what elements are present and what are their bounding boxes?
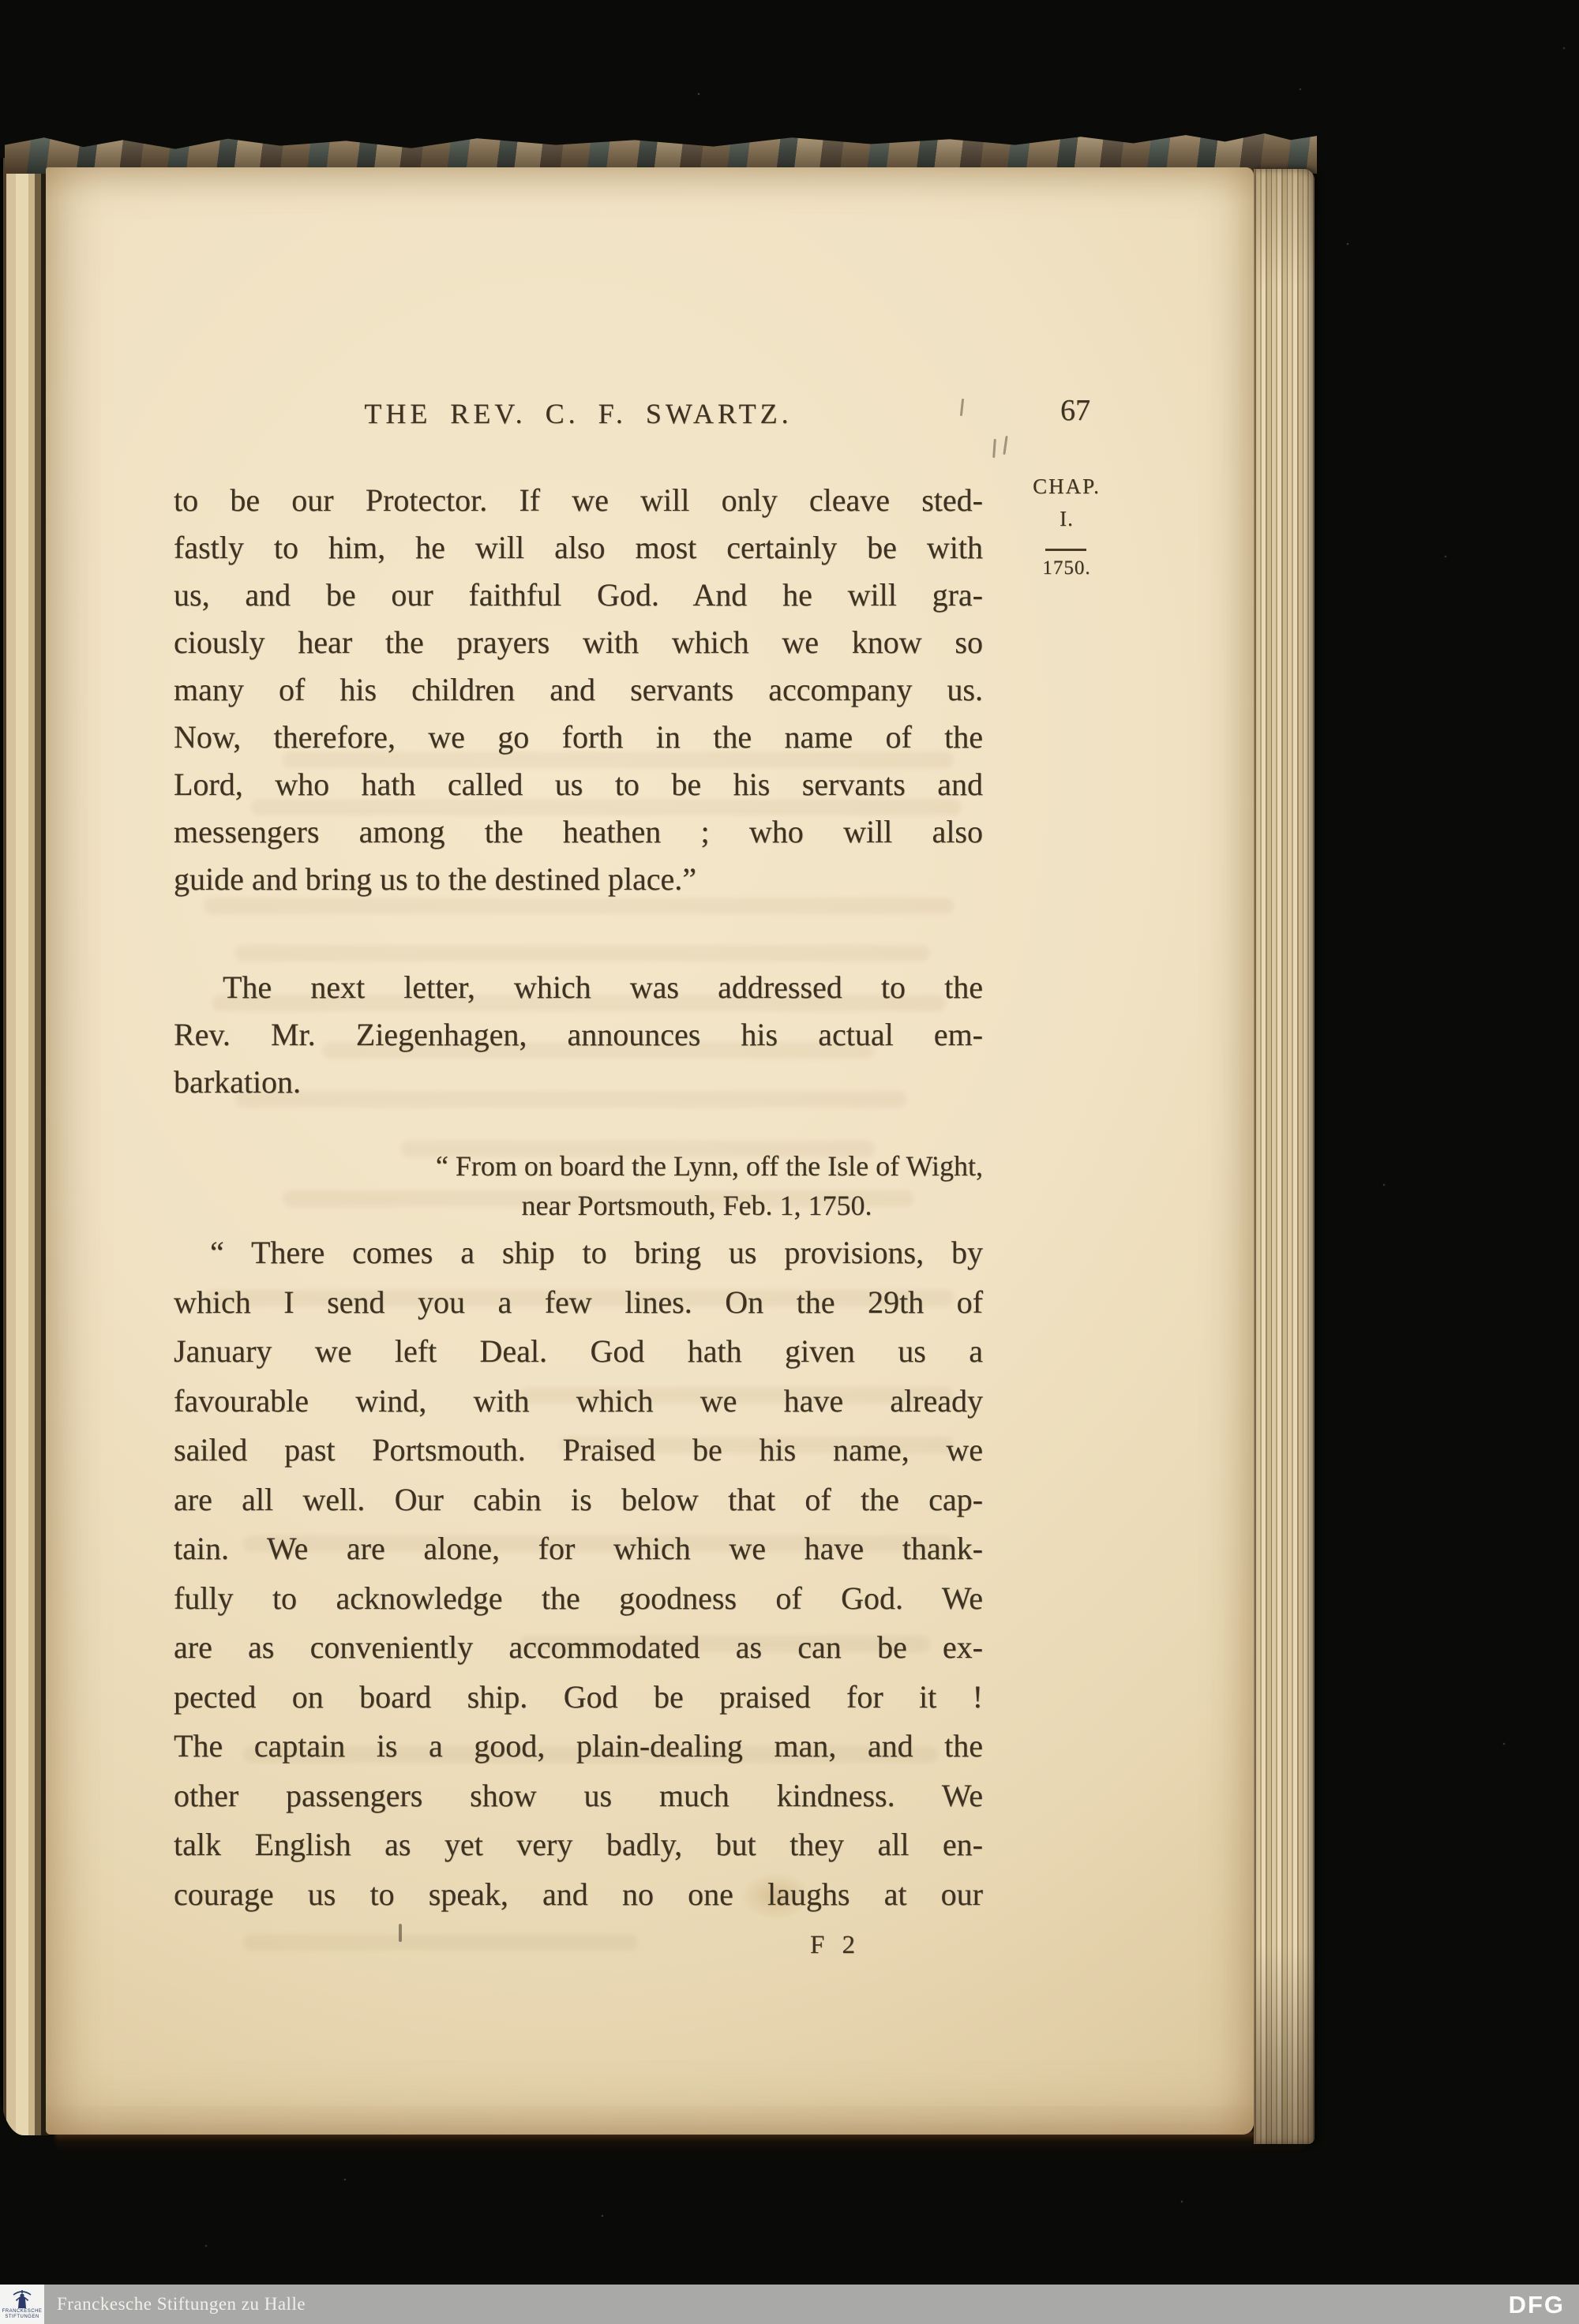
letter-dateline-line: near Portsmouth, Feb. 1, 1750. <box>292 1186 1101 1225</box>
logo-caption-line2: STIFTUNGEN <box>5 2315 39 2320</box>
margin-note-rule <box>1045 549 1086 551</box>
letter-dateline-line: “ From on board the Lynn, off the Isle o… <box>174 1146 983 1186</box>
paragraph-letter-body-line: pected on board ship. God be praised for… <box>174 1673 983 1722</box>
logo-caption-line1: FRANCKESCHE <box>2 2309 43 2315</box>
paragraph-protector-quote-line: ciously hear the prayers with which we k… <box>174 619 983 666</box>
paragraph-next-letter: The next letter, which was addressed to … <box>174 964 983 1106</box>
institution-label: Franckesche Stiftungen zu Halle <box>57 2285 306 2324</box>
paragraph-protector-quote-line: guide and bring us to the destined place… <box>174 856 983 903</box>
paragraph-protector-quote-line: to be our Protector. If we will only cle… <box>174 477 983 524</box>
dfg-logo: DFG <box>1509 2285 1565 2324</box>
paragraph-protector-quote-line: messengers among the heathen ; who will … <box>174 808 983 856</box>
page-stack-fore-edge <box>1254 169 1315 2144</box>
paragraph-letter-body-line: favourable wind, with which we have alre… <box>174 1377 983 1426</box>
digitization-footer-bar: FRANCKESCHE STIFTUNGEN Franckesche Stift… <box>0 2285 1579 2324</box>
paragraph-letter-body-line: are all well. Our cabin is below that of… <box>174 1475 983 1525</box>
franckesche-stiftungen-logo: FRANCKESCHE STIFTUNGEN <box>0 2285 44 2324</box>
dust-specks <box>0 0 2 2</box>
paragraph-letter-body-line: talk English as yet very badly, but they… <box>174 1820 983 1870</box>
stray-ink-mark <box>399 1924 402 1942</box>
paragraph-protector-quote-line: many of his children and servants accomp… <box>174 666 983 714</box>
show-through-bar <box>243 1934 638 1951</box>
scanned-book-photograph: THE REV. C. F. SWARTZ. 67 CHAP. I. 1750.… <box>0 0 1579 2324</box>
paragraph-letter-body-line: courage us to speak, and no one laughs a… <box>174 1870 983 1920</box>
margin-note-chapter: CHAP. <box>1029 474 1105 499</box>
paragraph-letter-body-line: sailed past Portsmouth. Praised be his n… <box>174 1426 983 1475</box>
signature-mark: F 2 <box>756 1929 914 1961</box>
paragraph-letter-body-line: tain. We are alone, for which we have th… <box>174 1524 983 1574</box>
running-header: THE REV. C. F. SWARTZ. <box>174 398 983 429</box>
margin-note-year: 1750. <box>1029 557 1105 579</box>
paragraph-protector-quote-line: Now, therefore, we go forth in the name … <box>174 714 983 761</box>
letter-dateline: “ From on board the Lynn, off the Isle o… <box>174 1146 983 1225</box>
paragraph-protector-quote-line: Lord, who hath called us to be his serva… <box>174 761 983 808</box>
paragraph-protector-quote-line: fastly to him, he will also most certain… <box>174 524 983 572</box>
paragraph-letter-body-line: are as conveniently accommodated as can … <box>174 1623 983 1673</box>
paragraph-letter-body-line: The captain is a good, plain-dealing man… <box>174 1722 983 1771</box>
book-page: THE REV. C. F. SWARTZ. 67 CHAP. I. 1750.… <box>46 167 1254 2135</box>
franckesche-emblem-icon <box>10 2288 34 2309</box>
paragraph-letter-body-line: which I send you a few lines. On the 29t… <box>174 1278 983 1328</box>
paragraph-protector-quote: to be our Protector. If we will only cle… <box>174 477 983 903</box>
book-gutter-left-page-edge <box>0 158 49 2135</box>
margin-note-chapter-numeral: I. <box>1029 507 1105 531</box>
paragraph-letter-body-line: other passengers show us much kindness. … <box>174 1771 983 1821</box>
paragraph-letter-body-line: fully to acknowledge the goodness of God… <box>174 1574 983 1624</box>
paragraph-next-letter-line: barkation. <box>174 1059 983 1106</box>
paragraph-letter-body-line: “ There comes a ship to bring us provisi… <box>174 1228 983 1278</box>
paragraph-protector-quote-line: us, and be our faithful God. And he will… <box>174 572 983 619</box>
page-number: 67 <box>1060 395 1090 426</box>
paragraph-next-letter-line: The next letter, which was addressed to … <box>174 964 983 1011</box>
paragraph-letter-body: “ There comes a ship to bring us provisi… <box>174 1228 983 1919</box>
show-through-bar <box>235 945 930 961</box>
paragraph-next-letter-line: Rev. Mr. Ziegenhagen, announces his actu… <box>174 1011 983 1059</box>
paragraph-letter-body-line: January we left Deal. God hath given us … <box>174 1327 983 1377</box>
